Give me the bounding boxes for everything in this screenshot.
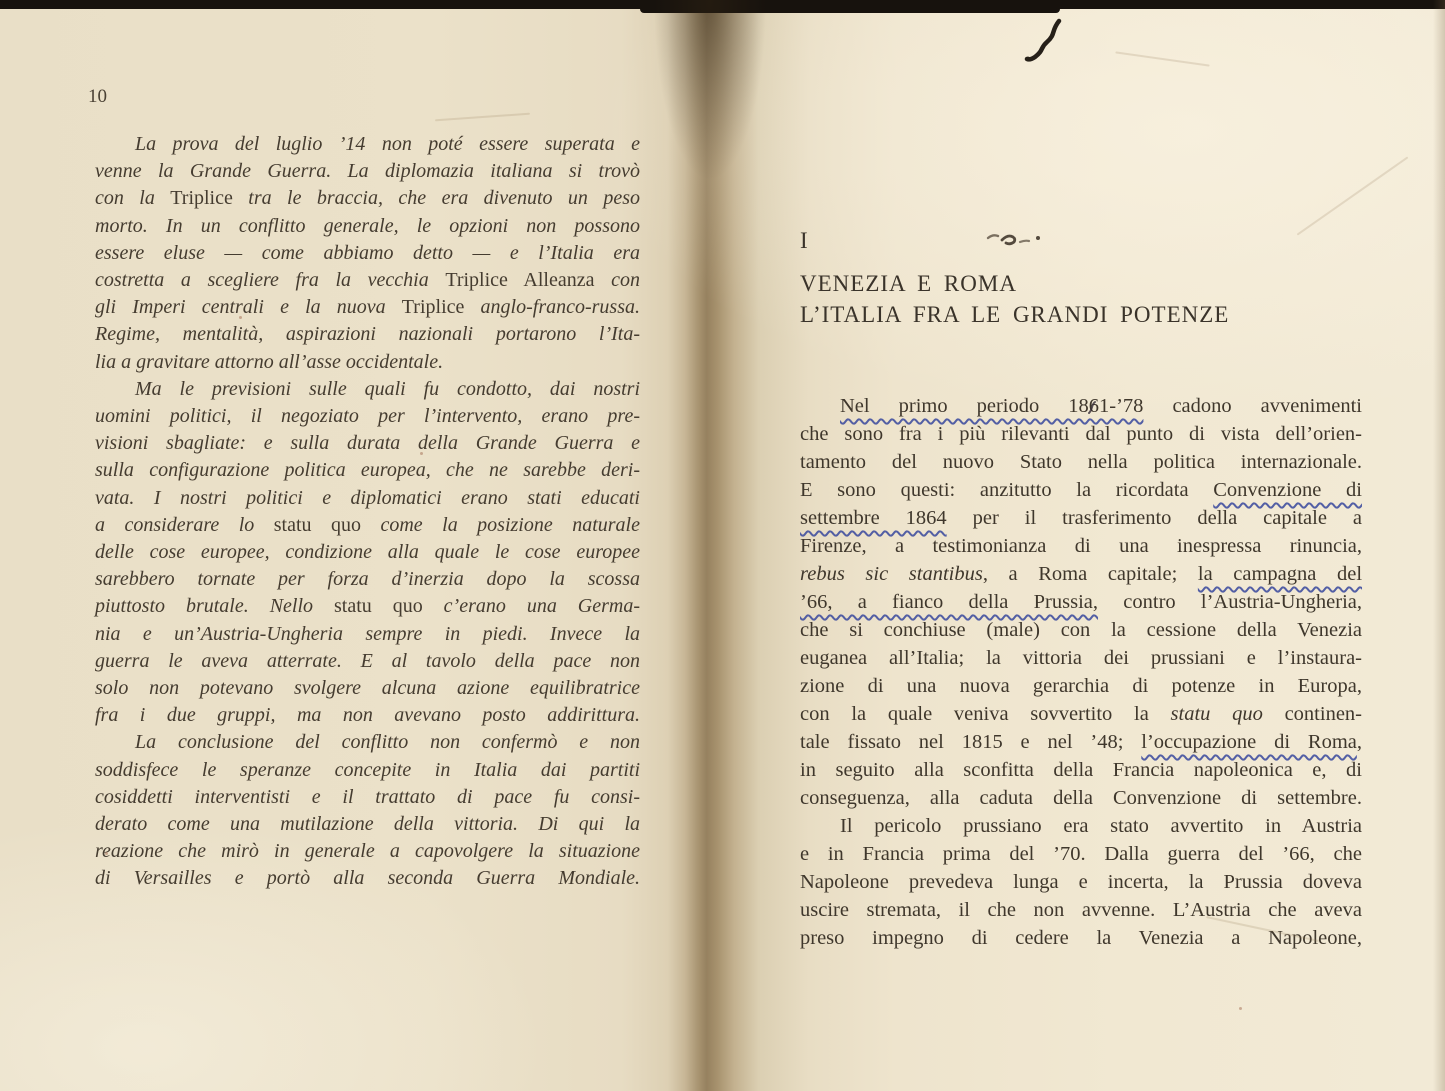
text-line: nia e un’Austria-Ungheria sempre in pied… xyxy=(95,621,640,648)
text-line: settembre 1864 per il trasferimento dell… xyxy=(800,504,1362,532)
text-segment: sarebbero tornate per forza d’inerzia do… xyxy=(95,568,640,590)
paper-speck xyxy=(1239,1007,1242,1010)
text-segment: statu quo xyxy=(274,514,361,536)
pen-underlined-text: l’occupazione di Roma xyxy=(1141,731,1357,753)
text-line: in seguito alla sconfitta della Francia … xyxy=(800,756,1362,784)
text-segment: costretta a scegliere fra la vecchia xyxy=(95,269,445,291)
book-scan: 10 La prova del luglio ’14 non poté esse… xyxy=(0,0,1445,1091)
text-segment: visioni sbagliate: e sulla durata della … xyxy=(95,432,640,454)
paragraph: Ma le previsioni sulle quali fu condotto… xyxy=(95,376,640,730)
text-line: a considerare lo statu quo come la posiz… xyxy=(95,512,640,539)
text-line: con la quale veniva sovvertito la statu … xyxy=(800,700,1362,728)
text-segment: guerra le aveva atterrate. E al tavolo d… xyxy=(95,650,640,672)
text-segment: per il trasferimento della capitale a xyxy=(947,507,1362,529)
text-segment: La conclusione del conflitto non conferm… xyxy=(135,731,640,753)
text-segment: anglo-franco-russa. xyxy=(464,296,640,318)
pen-underlined-text: settembre 1864 xyxy=(800,507,947,529)
text-segment: con xyxy=(595,269,641,291)
right-page: I VENEZIA E ROMA L’ITALIA FRA LE GRANDI … xyxy=(700,0,1445,1091)
text-segment: nia e un’Austria-Ungheria sempre in pied… xyxy=(95,623,640,645)
text-segment: uscire stremata, il che non avvenne. L’A… xyxy=(800,899,1362,921)
text-segment: delle cose europee, condizione alla qual… xyxy=(95,541,640,563)
text-segment: La prova del luglio ’14 non poté essere … xyxy=(135,133,640,155)
paragraph: La prova del luglio ’14 non poté essere … xyxy=(95,131,640,376)
text-segment: di Versailles e portò alla seconda Guerr… xyxy=(95,867,640,889)
text-segment: continen- xyxy=(1263,703,1362,725)
text-line: Regime, mentalità, aspirazioni nazionali… xyxy=(95,321,640,348)
text-line: con la Triplice tra le braccia, che era … xyxy=(95,185,640,212)
text-segment: Triplice Alleanza xyxy=(445,269,594,291)
text-segment: reazione che mirò in generale a capovolg… xyxy=(95,840,640,862)
text-segment: statu quo xyxy=(334,595,423,617)
text-segment: Firenze, a testimonianza di una inespres… xyxy=(800,535,1362,557)
text-line: delle cose europee, condizione alla qual… xyxy=(95,539,640,566)
text-line: visioni sbagliate: e sulla durata della … xyxy=(95,430,640,457)
text-line: morto. In un conflitto generale, le opzi… xyxy=(95,213,640,240)
text-line: preso impegno di cedere la Venezia a Nap… xyxy=(800,924,1362,952)
chapter-title-line-1: VENEZIA E ROMA xyxy=(800,268,1229,299)
text-line: Firenze, a testimonianza di una inespres… xyxy=(800,532,1362,560)
text-line: Il pericolo prussiano era stato avvertit… xyxy=(800,812,1362,840)
text-segment: sulla configurazione politica europea, c… xyxy=(95,459,640,481)
text-segment: lia a gravitare attorno all’asse occiden… xyxy=(95,351,443,373)
text-segment: conseguenza, alla caduta della Convenzio… xyxy=(800,787,1362,809)
text-segment: con la quale veniva sovvertito la xyxy=(800,703,1171,725)
text-line: guerra le aveva atterrate. E al tavolo d… xyxy=(95,648,640,675)
text-segment: a considerare lo xyxy=(95,514,274,536)
text-segment: vata. I nostri politici e diplomatici er… xyxy=(95,487,640,509)
text-segment: solo non potevano svolgere alcuna azione… xyxy=(95,677,640,699)
text-segment: Regime, mentalità, aspirazioni nazionali… xyxy=(95,323,640,345)
paper-speck xyxy=(420,452,423,455)
text-segment: venne la Grande Guerra. La diplomazia it… xyxy=(95,160,640,182)
text-segment: Triplice xyxy=(170,187,233,209)
text-line: soddisfece le speranze concepite in Ital… xyxy=(95,757,640,784)
text-segment: Triplice xyxy=(402,296,465,318)
text-segment: e in Francia prima del ’70. Dalla guerra… xyxy=(800,843,1362,865)
text-line: rebus sic stantibus, a Roma capitale; la… xyxy=(800,560,1362,588)
ink-smudge-mark xyxy=(984,228,1056,252)
pen-underlined-text: ’66, a fianco della Prussia, xyxy=(800,591,1098,613)
text-line: zione di una nuova gerarchia di potenze … xyxy=(800,672,1362,700)
text-line: essere eluse — come abbiamo detto — e l’… xyxy=(95,240,640,267)
text-segment: cadono avvenimenti xyxy=(1143,395,1362,417)
text-line: vata. I nostri politici e diplomatici er… xyxy=(95,485,640,512)
text-segment: E sono questi: anzitutto la ricordata xyxy=(800,479,1213,501)
text-line: tale fissato nel 1815 e nel ’48; l’occup… xyxy=(800,728,1362,756)
text-line: derato come una mutilazione della vittor… xyxy=(95,811,640,838)
text-segment: , xyxy=(1357,731,1362,753)
text-line: La prova del luglio ’14 non poté essere … xyxy=(95,131,640,158)
paragraph: La conclusione del conflitto non conferm… xyxy=(95,729,640,892)
text-line: cosiddetti interventisti e il trattato d… xyxy=(95,784,640,811)
text-segment: tale fissato nel 1815 e nel ’48; xyxy=(800,731,1141,753)
text-line: Napoleone prevedeva lunga e incerta, la … xyxy=(800,868,1362,896)
text-segment: morto. In un conflitto generale, le opzi… xyxy=(95,215,640,237)
text-line: ’66, a fianco della Prussia, contro l’Au… xyxy=(800,588,1362,616)
text-line: uscire stremata, il che non avvenne. L’A… xyxy=(800,896,1362,924)
text-segment: euganea all’Italia; la vittoria dei prus… xyxy=(800,647,1362,669)
text-line: sulla configurazione politica europea, c… xyxy=(95,457,640,484)
text-line: che si conchiuse (male) con la cessione … xyxy=(800,616,1362,644)
chapter-title-line-2: L’ITALIA FRA LE GRANDI POTENZE xyxy=(800,299,1229,330)
text-segment: c’erano una Germa- xyxy=(423,595,640,617)
paper-speck xyxy=(105,852,108,855)
text-line: sarebbero tornate per forza d’inerzia do… xyxy=(95,566,640,593)
text-line: e in Francia prima del ’70. Dalla guerra… xyxy=(800,840,1362,868)
text-line: venne la Grande Guerra. La diplomazia it… xyxy=(95,158,640,185)
pen-tick-mark xyxy=(1086,400,1098,416)
text-line: euganea all’Italia; la vittoria dei prus… xyxy=(800,644,1362,672)
text-segment: Napoleone prevedeva lunga e incerta, la … xyxy=(800,871,1362,893)
text-segment: gli Imperi centrali e la nuova xyxy=(95,296,402,318)
paragraph: Nel primo periodo 1861-’78 cadono avveni… xyxy=(800,392,1362,812)
text-segment: derato come una mutilazione della vittor… xyxy=(95,813,640,835)
text-segment: , a Roma capitale; xyxy=(983,563,1198,585)
text-line: lia a gravitare attorno all’asse occiden… xyxy=(95,349,640,376)
text-line: piuttosto brutale. Nello statu quo c’era… xyxy=(95,593,640,620)
text-segment: statu quo xyxy=(1171,703,1263,725)
text-line: fra i due gruppi, ma non avevano posto a… xyxy=(95,702,640,729)
text-segment: che si conchiuse (male) con la cessione … xyxy=(800,619,1362,641)
text-line: Nel primo periodo 1861-’78 cadono avveni… xyxy=(800,392,1362,420)
pen-squiggle-mark xyxy=(1018,18,1074,70)
pen-underlined-text: la campagna del xyxy=(1198,563,1362,585)
text-line: Ma le previsioni sulle quali fu condotto… xyxy=(95,376,640,403)
text-segment: tamento del nuovo Stato nella politica i… xyxy=(800,451,1362,473)
text-segment: in seguito alla sconfitta della Francia … xyxy=(800,759,1362,781)
chapter-title: VENEZIA E ROMA L’ITALIA FRA LE GRANDI PO… xyxy=(800,268,1229,330)
right-page-text: Nel primo periodo 1861-’78 cadono avveni… xyxy=(800,392,1362,952)
text-segment: contro l’Austria-Ungheria, xyxy=(1098,591,1362,613)
text-segment: soddisfece le speranze concepite in Ital… xyxy=(95,759,640,781)
text-segment: Ma le previsioni sulle quali fu condotto… xyxy=(135,378,640,400)
text-segment: piuttosto brutale. Nello xyxy=(95,595,334,617)
text-segment: fra i due gruppi, ma non avevano posto a… xyxy=(95,704,640,726)
paper-speck xyxy=(239,316,242,319)
chapter-number: I xyxy=(800,228,808,254)
text-segment: rebus sic stantibus xyxy=(800,563,983,585)
text-segment: che sono fra i più rilevanti dal punto d… xyxy=(800,423,1362,445)
text-line: solo non potevano svolgere alcuna azione… xyxy=(95,675,640,702)
text-line: E sono questi: anzitutto la ricordata Co… xyxy=(800,476,1362,504)
text-line: La conclusione del conflitto non conferm… xyxy=(95,729,640,756)
text-segment: con la xyxy=(95,187,170,209)
text-segment: tra le braccia, che era divenuto un peso xyxy=(233,187,640,209)
text-line: reazione che mirò in generale a capovolg… xyxy=(95,838,640,865)
left-page: 10 La prova del luglio ’14 non poté esse… xyxy=(0,0,700,1091)
text-line: di Versailles e portò alla seconda Guerr… xyxy=(95,865,640,892)
text-segment: cosiddetti interventisti e il trattato d… xyxy=(95,786,640,808)
text-line: gli Imperi centrali e la nuova Triplice … xyxy=(95,294,640,321)
text-line: costretta a scegliere fra la vecchia Tri… xyxy=(95,267,640,294)
text-segment: Il pericolo prussiano era stato avvertit… xyxy=(840,815,1362,837)
text-segment: essere eluse — come abbiamo detto — e l’… xyxy=(95,242,640,264)
text-line: che sono fra i più rilevanti dal punto d… xyxy=(800,420,1362,448)
text-segment: uomini politici, il negoziato per l’inte… xyxy=(95,405,640,427)
page-number: 10 xyxy=(88,86,107,108)
text-segment: come la posizione naturale xyxy=(361,514,640,536)
text-line: uomini politici, il negoziato per l’inte… xyxy=(95,403,640,430)
pen-underlined-text: Convenzione di xyxy=(1213,479,1362,501)
text-line: conseguenza, alla caduta della Convenzio… xyxy=(800,784,1362,812)
text-segment: zione di una nuova gerarchia di potenze … xyxy=(800,675,1362,697)
text-line: tamento del nuovo Stato nella politica i… xyxy=(800,448,1362,476)
left-page-text: La prova del luglio ’14 non poté essere … xyxy=(95,131,640,893)
